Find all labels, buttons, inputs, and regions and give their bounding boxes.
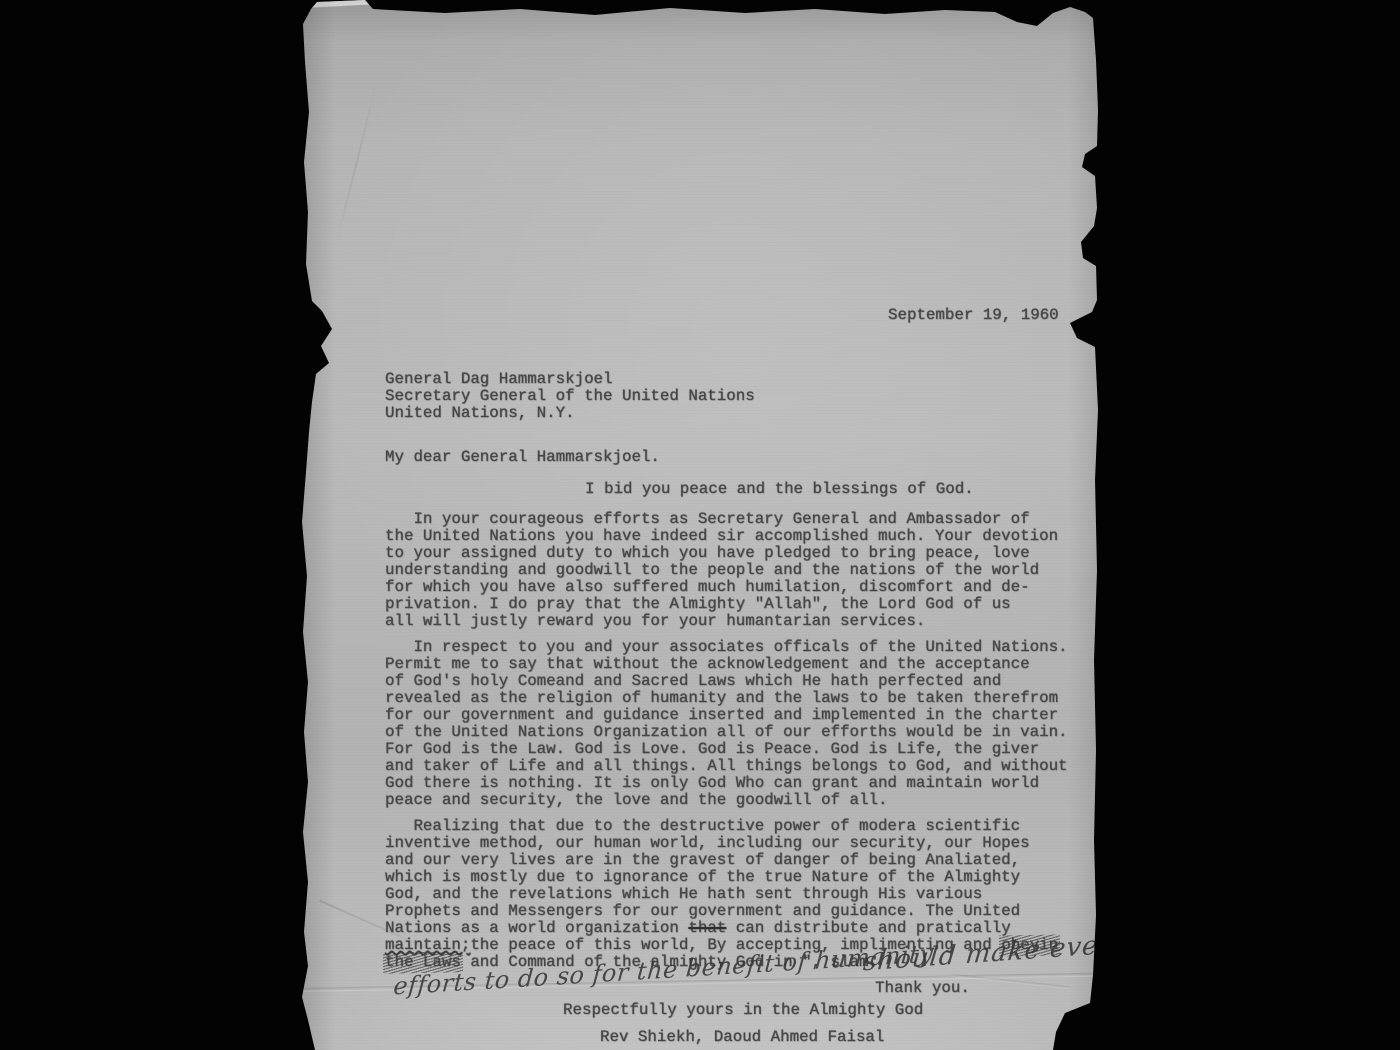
letter-page: September 19, 1960 General Dag Hammarskj…	[295, 0, 1101, 1050]
letter-line: the United Nations you have indeed sir a…	[385, 528, 1058, 545]
letter-line: of God's holy Comeand and Sacred Laws wh…	[385, 673, 1068, 690]
letter-line: understanding and goodwill to the people…	[385, 562, 1058, 579]
letter-line: In your courageous efforts as Secretary …	[385, 511, 1058, 528]
letter-line: which is mostly due to ignorance of the …	[385, 869, 1058, 886]
signature-line: Rev Shiekh, Daoud Ahmed Faisal	[600, 1029, 884, 1046]
letter-line: for our government and guidance inserted…	[385, 707, 1068, 724]
letter-line: and taker of Life and all things. All th…	[385, 758, 1068, 775]
letter-line: Prophets and Messengers for our governme…	[385, 903, 1058, 920]
letter-line: and our very lives are in the gravest of…	[385, 852, 1058, 869]
salutation-line: My dear General Hammarskjoel.	[385, 449, 660, 466]
recipient-line: General Dag Hammarskjoel	[385, 371, 755, 388]
letter-line: Realizing that due to the destructive po…	[385, 818, 1058, 835]
letter-line: for which you have also suffered much hu…	[385, 579, 1058, 596]
opening-line: I bid you peace and the blessings of God…	[585, 481, 974, 498]
thank-you-line: Thank you.	[875, 980, 970, 997]
letter-line: to your assigned duty to which you have …	[385, 545, 1058, 562]
letter-line: Permit me to say that without the acknow…	[385, 656, 1068, 673]
paragraph-1: In your courageous efforts as Secretary …	[385, 511, 1058, 630]
letter-line: God there is nothing. It is only God Who…	[385, 775, 1068, 792]
letter-scan-background: September 19, 1960 General Dag Hammarskj…	[0, 0, 1400, 1050]
letter-line: In respect to you and your associates of…	[385, 639, 1068, 656]
letter-text-layer: September 19, 1960 General Dag Hammarskj…	[295, 0, 1101, 1050]
recipient-block: General Dag HammarskjoelSecretary Genera…	[385, 371, 755, 422]
letter-line: God, and the revelations which He hath s…	[385, 886, 1058, 903]
letter-line: peace and security, the love and the goo…	[385, 792, 1068, 809]
letter-line: Nations as a world organization that can…	[385, 920, 1058, 937]
letter-line: privation. I do pray that the Almighty "…	[385, 596, 1058, 613]
letter-line: For God is the Law. God is Love. God is …	[385, 741, 1068, 758]
letter-line: all will justly reward you for your huma…	[385, 613, 1058, 630]
strike-text: that	[688, 919, 726, 937]
letter-line: of the United Nations Organization all o…	[385, 724, 1068, 741]
recipient-line: Secretary General of the United Nations	[385, 388, 755, 405]
date-line: September 19, 1960	[888, 307, 1059, 324]
recipient-line: United Nations, N.Y.	[385, 405, 755, 422]
letter-line: inventive method, our human world, inclu…	[385, 835, 1058, 852]
letter-line: revealed as the religion of humanity and…	[385, 690, 1068, 707]
closing-line: Respectfully yours in the Almighty God	[563, 1002, 923, 1019]
paragraph-2: In respect to you and your associates of…	[385, 639, 1068, 809]
